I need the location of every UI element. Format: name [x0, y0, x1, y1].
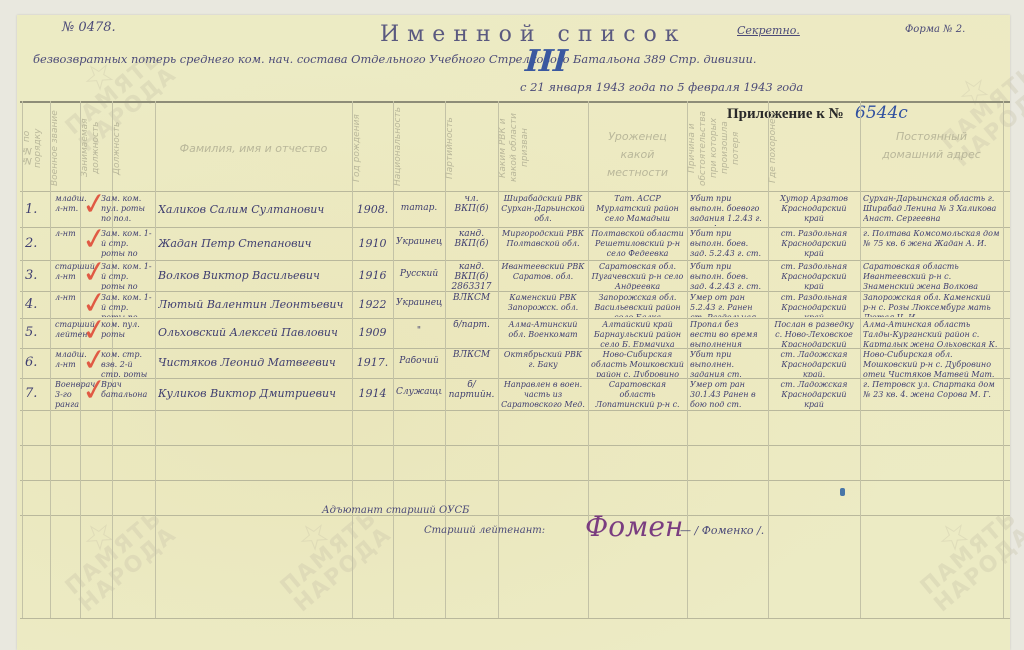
- cell-birthplace: Полтавской области Решетиловский р-н сел…: [591, 229, 684, 259]
- column-header: Год рождения: [352, 110, 393, 186]
- cell-birthplace: Алтайский край Барнаульский район село Б…: [591, 320, 684, 347]
- row-rule: [20, 515, 1010, 516]
- cell-nationality: татар.: [396, 203, 442, 235]
- column-header: Каким РВК и какой области призван: [498, 110, 588, 186]
- cell-year: 1917.: [355, 356, 390, 383]
- red-check-icon: ✓: [80, 223, 109, 256]
- cell-cause: Убит при выполн. боев. зад. 5.2.43 г. ст…: [690, 229, 765, 259]
- signatory-name: — / Фоменко /.: [680, 524, 764, 537]
- cell-name: Ольховский Алексей Павлович: [158, 326, 349, 353]
- column-header: Должность: [112, 110, 155, 186]
- cell-address: Ново-Сибирская обл. Мошковский р-н с. Ду…: [863, 350, 1000, 377]
- document-number: № 0478.: [62, 20, 116, 35]
- cell-name: Жадан Петр Степанович: [158, 237, 349, 267]
- cell-year: 1909: [355, 326, 390, 353]
- cell-name: Лютый Валентин Леонтьевич: [158, 298, 349, 322]
- cell-buried: Хутор Арзатов Краснодарский край: [771, 194, 857, 226]
- cell-birthplace: Запорожская обл. Васильевский район село…: [591, 293, 684, 317]
- row-rule: [20, 618, 1010, 619]
- cell-name: Чистяков Леонид Матвеевич: [158, 356, 349, 383]
- cell-address: г. Полтава Комсомольская дом № 75 кв. 6 …: [863, 229, 1000, 259]
- cell-address: Саратовская область Ивантеевский р-н с. …: [863, 262, 1000, 290]
- column-header: Национальность: [393, 110, 445, 186]
- cell-party: б/партийн.: [448, 380, 495, 409]
- cell-buried: ст. Ладожская Краснодарский край.: [771, 350, 857, 377]
- cell-rvk: Каменский РВК Запорожск. обл.: [501, 293, 585, 317]
- cell-birthplace: Саратовская обл. Пугачевский р-н село Ан…: [591, 262, 684, 290]
- cell-party: канд. ВКП(б): [448, 229, 495, 259]
- cell-nationality: Рабочий: [396, 356, 442, 383]
- cell-year: 1908.: [355, 203, 390, 235]
- cell-cause: Убит при выполн. боевого задания 1.2.43 …: [690, 194, 765, 226]
- document-subtitle: безвозвратных потерь среднего ком. нач. …: [33, 52, 756, 66]
- cell-cause: Убит при выполнен. задания ст. Ладожская…: [690, 350, 765, 377]
- row-rule: [20, 480, 1010, 481]
- cell-address: Запорожская обл. Каменский р-н с. Розы Л…: [863, 293, 1000, 317]
- cell-num: 1.: [25, 203, 47, 235]
- column-header: Где похоронен: [768, 110, 860, 186]
- column-header: Военное звание: [50, 110, 80, 186]
- column-header: №№ по порядку: [22, 110, 50, 186]
- cell-num: 5.: [25, 326, 47, 353]
- cell-birthplace: Саратовская область Лопатинский р-н с. Л…: [591, 380, 684, 409]
- cell-num: 4.: [25, 298, 47, 322]
- row-rule: [20, 445, 1010, 446]
- appendix-number: 6544с: [855, 103, 908, 123]
- cell-party: канд. ВКП(б) 2863317: [448, 262, 495, 290]
- cell-cause: Умер от ран 30.1.43 Ранен в бою под ст. …: [690, 380, 765, 409]
- column-header: Уроженец какой местности: [598, 128, 677, 182]
- cell-rvk: Октябрьский РВК г. Баку: [501, 350, 585, 377]
- cell-name: Волков Виктор Васильевич: [158, 269, 349, 297]
- column-header: Причина и обстоятельства при которых про…: [687, 110, 768, 186]
- column-header: Занимаемая должность: [80, 110, 112, 186]
- cell-rvk: Алма-Атинский обл. Военкомат: [501, 320, 585, 347]
- cell-position: Зам. ком. пул. роты по пол. части: [101, 194, 152, 226]
- cell-buried: ст. Раздольная Краснодарский край: [771, 262, 857, 290]
- cell-nationality: ": [396, 326, 442, 353]
- signature-role-1: Адъютант старший ОУСБ: [322, 505, 469, 516]
- cell-name: Халиков Салим Султанович: [158, 203, 349, 235]
- cell-birthplace: Ново-Сибирская область Мошковский район …: [591, 350, 684, 377]
- cell-rvk: Миргородский РВК Полтавской обл.: [501, 229, 585, 259]
- cell-cause: Умер от ран 5.2.43 г. Ранен ст. Раздольн…: [690, 293, 765, 317]
- cell-cause: Убит при выполн. боев. зад. 4.2.43 г. ст…: [690, 262, 765, 290]
- cell-num: 7.: [25, 387, 47, 416]
- header-bottom-rule: [20, 191, 1010, 192]
- ink-blot: [840, 488, 845, 496]
- column-header: Постоянный домашний адрес: [870, 128, 993, 164]
- cell-nationality: Служащий: [396, 387, 442, 416]
- red-check-icon: ✓: [80, 188, 109, 221]
- cell-rvk: Ширабадский РВК Сурхан-Дарьинской обл.: [501, 194, 585, 226]
- cell-party: ВЛКСМ: [448, 350, 495, 377]
- cell-cause: Пропал без вести во время выполнения зад…: [690, 320, 765, 347]
- cell-year: 1922: [355, 298, 390, 322]
- cell-name: Куликов Виктор Дмитриевич: [158, 387, 349, 416]
- column-rule: [860, 101, 861, 618]
- cell-buried: ст. Раздольная Краснодарский край: [771, 293, 857, 317]
- form-number: Форма № 2.: [905, 24, 965, 35]
- cell-num: 3.: [25, 269, 47, 297]
- cell-buried: ст. Раздольная Краснодарский край: [771, 229, 857, 259]
- cell-num: 6.: [25, 356, 47, 383]
- cell-buried: Послан в разведку с. Ново-Леховское Крас…: [771, 320, 857, 347]
- cell-nationality: Украинец: [396, 298, 442, 322]
- cell-party: б/парт.: [448, 320, 495, 347]
- secrecy-label: Секретно.: [737, 24, 800, 37]
- cell-year: 1910: [355, 237, 390, 267]
- table-top-rule: [20, 101, 1010, 103]
- column-header: Фамилия, имя и отчество: [165, 140, 342, 158]
- cell-address: Сурхан-Дарьинская область г. Ширабад Лен…: [863, 194, 1000, 226]
- cell-buried: ст. Ладожская Краснодарский край: [771, 380, 857, 409]
- column-rule: [155, 101, 156, 618]
- cell-party: ВЛКСМ: [448, 293, 495, 317]
- cell-nationality: Русский: [396, 269, 442, 297]
- red-check-icon: ✓: [80, 374, 109, 407]
- cell-party: чл. ВКП(б): [448, 194, 495, 226]
- cell-year: 1916: [355, 269, 390, 297]
- signature-glyph: Фомен: [585, 510, 683, 543]
- cell-nationality: Украинец: [396, 237, 442, 267]
- cell-address: Алма-Атинская область Талды-Курганский р…: [863, 320, 1000, 347]
- column-header: Партийность: [445, 110, 498, 186]
- signature-role-2: Старший лейтенант:: [424, 525, 545, 536]
- red-check-icon: ✓: [80, 256, 109, 289]
- date-range: с 21 января 1943 года по 5 февраля 1943 …: [520, 80, 803, 94]
- cell-rvk: Направлен в воен. часть из Саратовского …: [501, 380, 585, 409]
- cell-address: г. Петровск ул. Спартака дом № 23 кв. 4.…: [863, 380, 1000, 409]
- cell-year: 1914: [355, 387, 390, 416]
- cell-rvk: Ивантеевский РВК Саратов. обл.: [501, 262, 585, 290]
- cell-birthplace: Тат. АССР Мурлатский район село Мамадыш: [591, 194, 684, 226]
- cell-num: 2.: [25, 237, 47, 267]
- column-rule: [1003, 101, 1004, 618]
